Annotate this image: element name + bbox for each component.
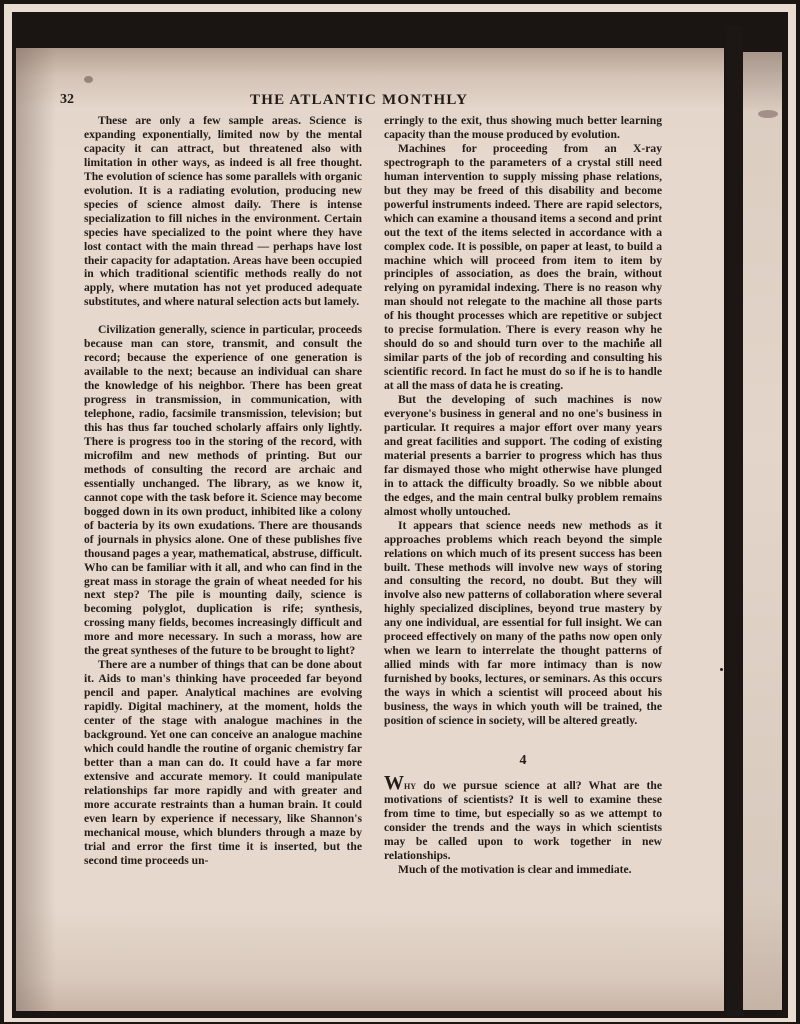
paragraph: It appears that science needs new method… [384, 519, 662, 728]
scan-blemish [636, 338, 639, 341]
paragraph: Civilization generally, science in parti… [84, 323, 362, 658]
paragraph: Machines for proceeding from an X-ray sp… [384, 142, 662, 393]
binding-gutter [727, 26, 743, 1016]
paragraph: But the developing of such machines is n… [384, 393, 662, 519]
paragraph-text: do we pursue science at all? What are th… [384, 779, 662, 862]
right-column: erringly to the exit, thus showing much … [384, 114, 662, 877]
paragraph: There are a number of things that can be… [84, 658, 362, 867]
adjacent-page-strip [742, 52, 782, 1010]
scan-blemish [84, 76, 93, 83]
small-caps-lead: hy [404, 779, 416, 792]
drop-cap: W [384, 772, 404, 794]
left-column: These are only a few sample areas. Scien… [84, 114, 362, 868]
paragraph: erringly to the exit, thus showing much … [384, 114, 662, 142]
page-number: 32 [60, 92, 74, 108]
page-header: 32 THE ATLANTIC MONTHLY [60, 92, 680, 112]
scan-blemish [758, 110, 778, 118]
section-number: 4 [384, 754, 662, 768]
paragraph: These are only a few sample areas. Scien… [84, 114, 362, 309]
scan-blemish [720, 668, 723, 671]
running-title: THE ATLANTIC MONTHLY [250, 92, 468, 109]
paragraph: Much of the motivation is clear and imme… [384, 863, 662, 877]
section-opening-paragraph: Why do we pursue science at all? What ar… [384, 776, 662, 863]
